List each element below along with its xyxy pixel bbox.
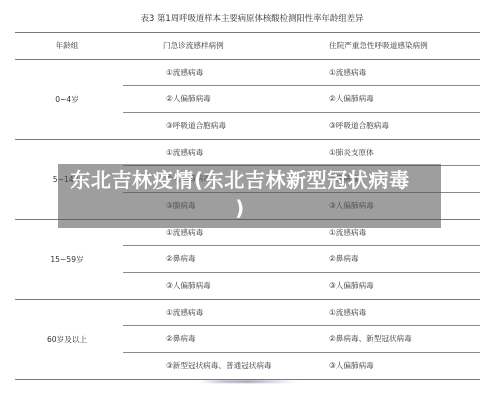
inpatient-cell: ③呼吸道合胞病毒: [329, 113, 389, 139]
inpatient-cell: ①肺炎支原体: [329, 140, 374, 166]
table-caption: 表3 第1周呼吸道样本主要病原体核酸检测阳性率年龄组差异: [0, 12, 500, 24]
inpatient-cell: ②鼻病毒: [329, 246, 359, 272]
age-group-0-4: 0~4岁 ①流感病毒 ①流感病毒 ②人偏肺病毒 ②人偏肺病毒 ③呼吸道合胞病毒 …: [15, 60, 480, 140]
age-group-60-plus: 60岁及以上 ①流感病毒 ①流感病毒 ②鼻病毒 ②鼻病毒、新型冠状病毒 ③新型冠…: [15, 300, 480, 380]
inpatient-cell: ①流感病毒: [329, 60, 366, 86]
inpatient-cell: ①流感病毒: [329, 300, 366, 326]
headline-line-1: 东北吉林疫情(东北吉林新型冠状病毒: [58, 166, 422, 194]
outpatient-cell: ③人偏肺病毒: [166, 273, 211, 299]
age-label: 60岁及以上: [15, 300, 119, 379]
table-row: ②鼻病毒 ②鼻病毒: [123, 246, 480, 272]
headline-line-2: ): [58, 194, 422, 222]
inpatient-cell: ②鼻病毒、新型冠状病毒: [329, 326, 412, 352]
age-label: 0~4岁: [15, 60, 119, 139]
table-row: ①流感病毒 ①肺炎支原体: [123, 140, 480, 166]
table-row: ③人偏肺病毒 ③人偏肺病毒: [123, 273, 480, 299]
outpatient-cell: ②鼻病毒: [166, 246, 196, 272]
table-header-row: 年龄组 门急诊流感样病例 住院严重急性呼吸道感染病例: [15, 32, 480, 60]
table-row: ①流感病毒 ①流感病毒: [123, 300, 480, 326]
header-outpatient-ili: 门急诊流感样病例: [163, 33, 224, 59]
outpatient-cell: ①流感病毒: [166, 60, 203, 86]
outpatient-cell: ①流感病毒: [166, 300, 203, 326]
inpatient-cell: ③人偏肺病毒: [329, 353, 374, 379]
outpatient-cell: ②鼻病毒: [166, 326, 196, 352]
age-group-15-59: 15~59岁 ①流感病毒 ①流感病毒 ②鼻病毒 ②鼻病毒 ③人偏肺病毒 ③人偏肺…: [15, 220, 480, 300]
outpatient-cell: ③新型冠状病毒、普通冠状病毒: [166, 353, 272, 379]
age-label: 15~59岁: [15, 220, 119, 299]
header-age-group: 年龄组: [15, 33, 119, 59]
outpatient-cell: ②人偏肺病毒: [166, 86, 211, 112]
outpatient-cell: ①流感病毒: [166, 140, 203, 166]
table-row: ②鼻病毒 ②鼻病毒、新型冠状病毒: [123, 326, 480, 352]
outpatient-cell: ③呼吸道合胞病毒: [166, 113, 226, 139]
headline-overlay: 东北吉林疫情(东北吉林新型冠状病毒 ): [58, 164, 441, 228]
table-row: ①流感病毒 ①流感病毒: [123, 60, 480, 86]
inpatient-cell: ②人偏肺病毒: [329, 86, 374, 112]
scan-artifact: [200, 380, 296, 383]
table-row: ③呼吸道合胞病毒 ③呼吸道合胞病毒: [123, 113, 480, 139]
header-inpatient-sari: 住院严重急性呼吸道感染病例: [329, 33, 428, 59]
table-row: ②人偏肺病毒 ②人偏肺病毒: [123, 86, 480, 112]
inpatient-cell: ③人偏肺病毒: [329, 273, 374, 299]
table-row: ③新型冠状病毒、普通冠状病毒 ③人偏肺病毒: [123, 353, 480, 379]
